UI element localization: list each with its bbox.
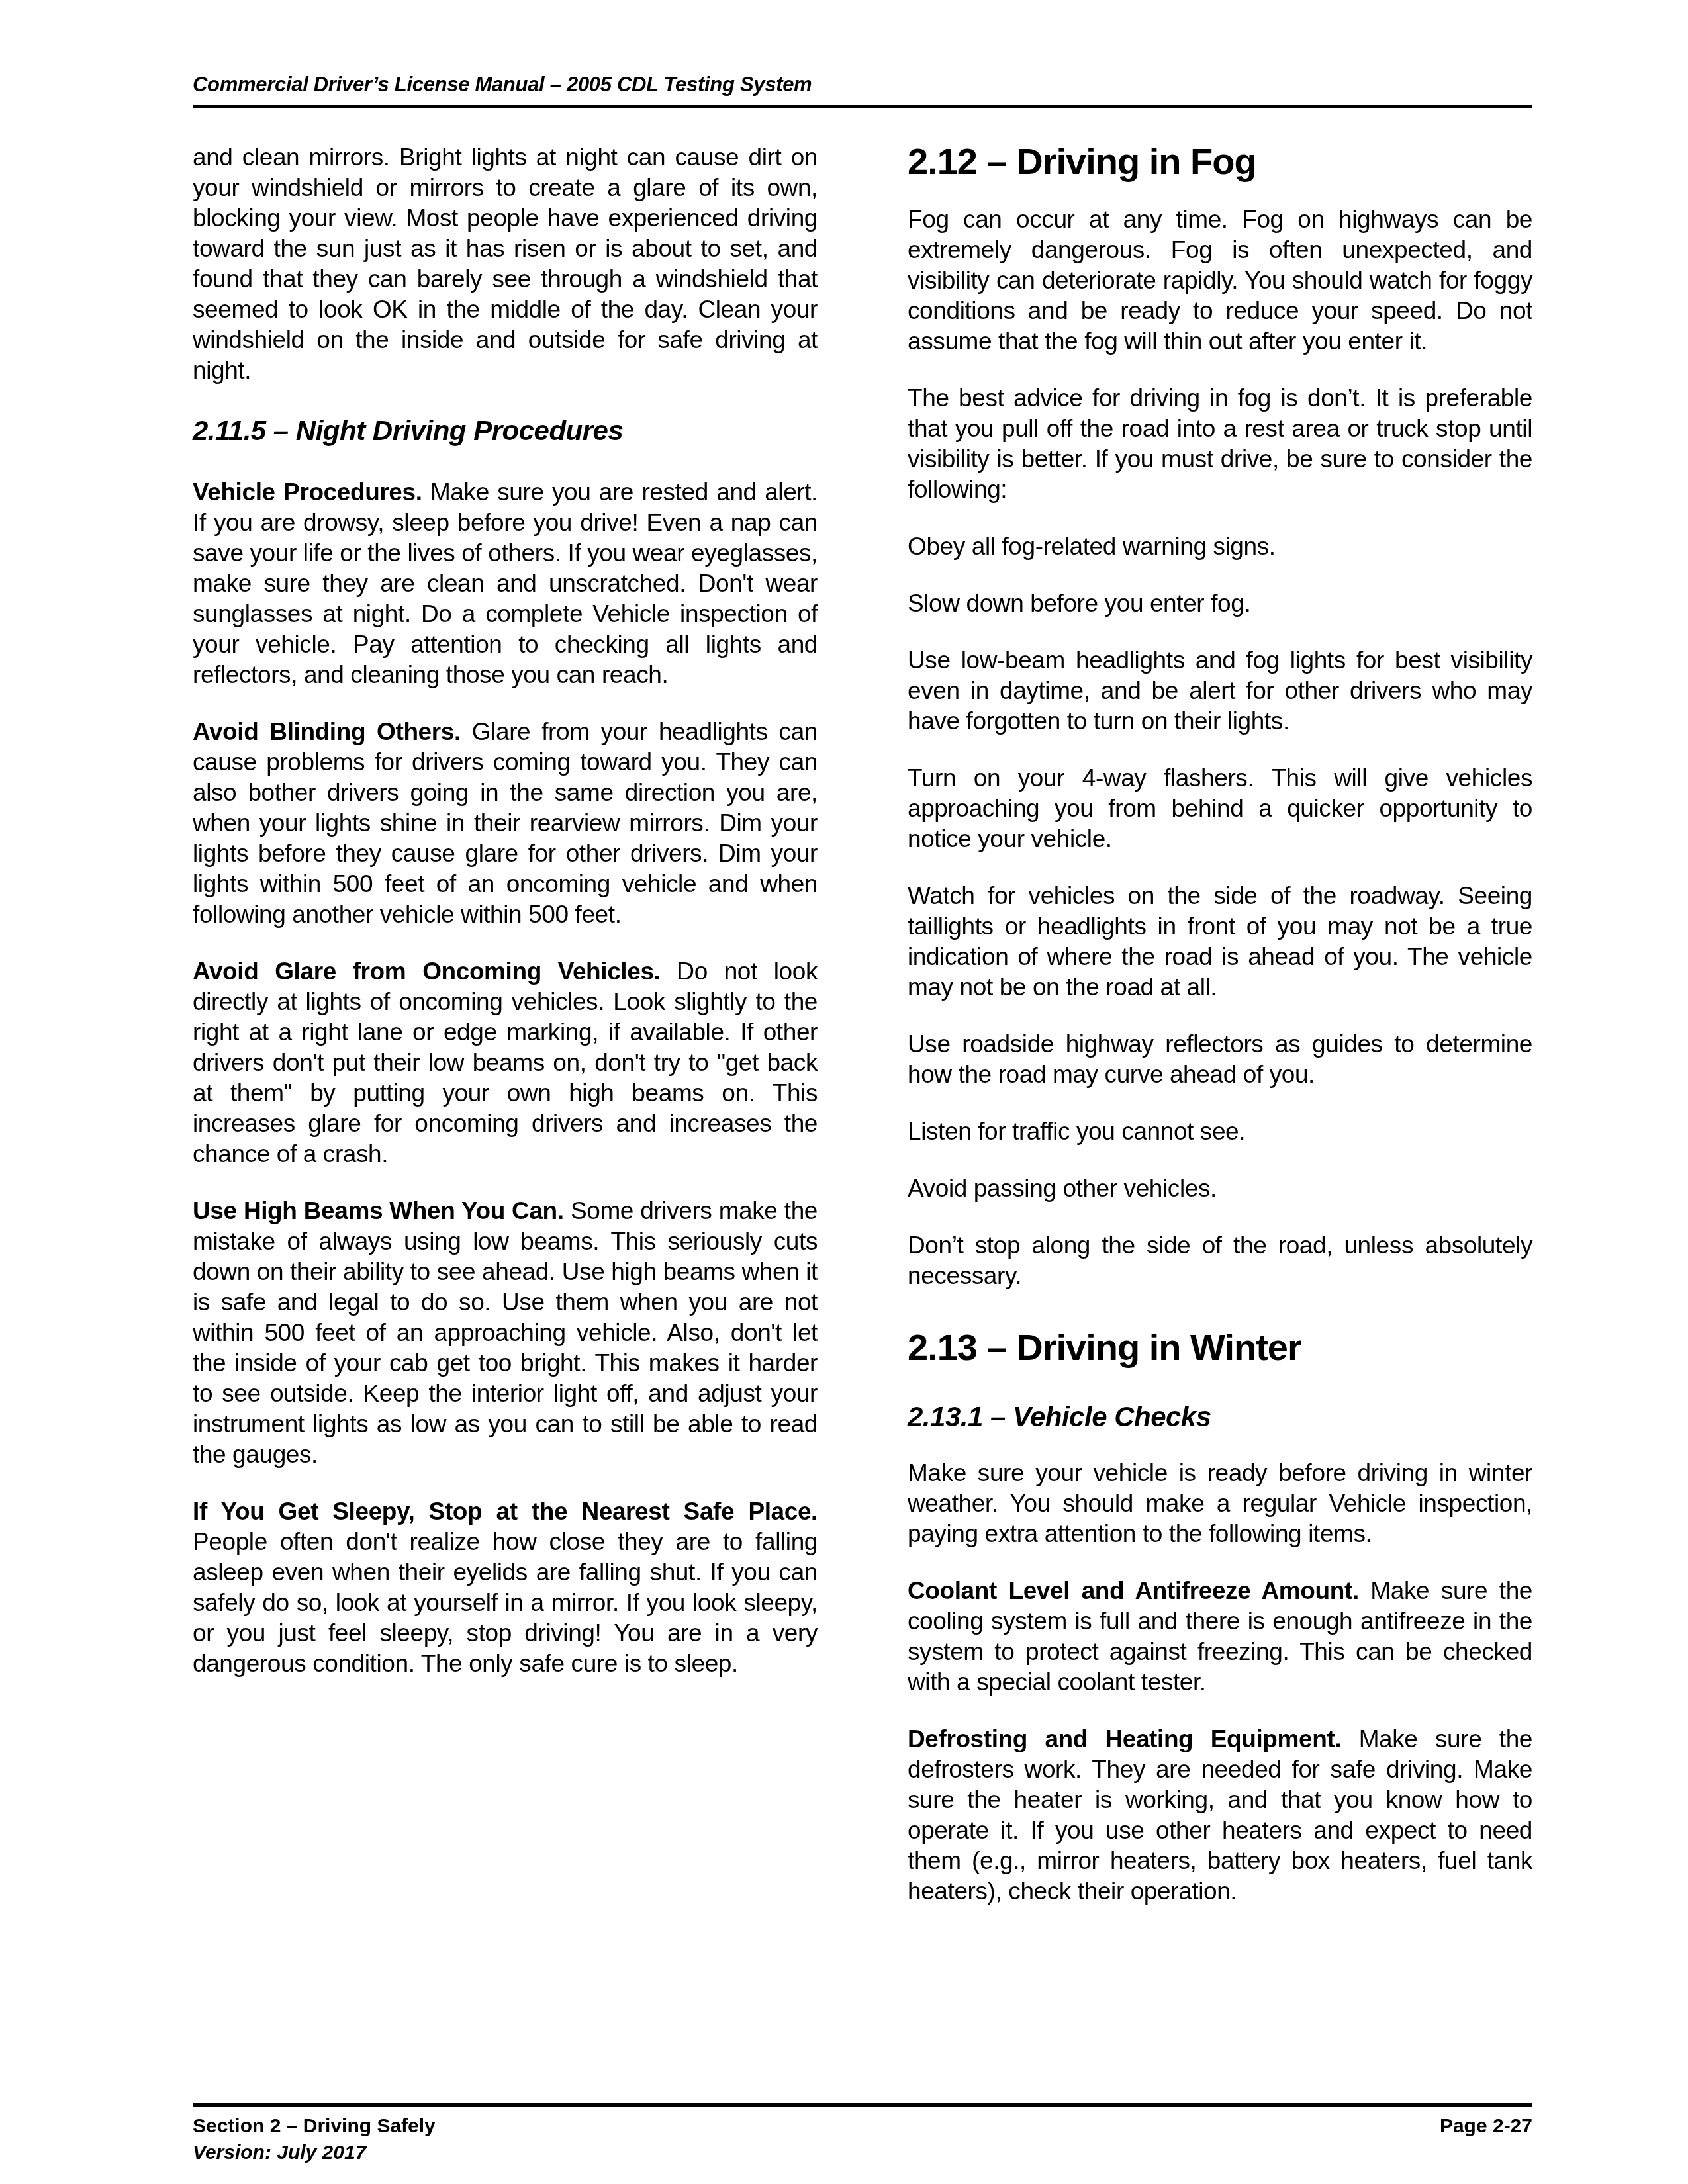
paragraph-avoid-glare-oncoming: Avoid Glare from Oncoming Vehicles. Do n… bbox=[193, 956, 818, 1169]
fog-tip: Turn on your 4-way flashers. This will g… bbox=[908, 763, 1532, 854]
fog-tip: Use low-beam headlights and fog lights f… bbox=[908, 645, 1532, 737]
paragraph-text: Some drivers make the mistake of always … bbox=[193, 1197, 818, 1468]
section-heading-vehicle-checks: 2.13.1 – Vehicle Checks bbox=[908, 1401, 1532, 1433]
paragraph-vehicle-procedures: Vehicle Procedures. Make sure you are re… bbox=[193, 477, 818, 690]
section-heading-driving-in-fog: 2.12 – Driving in Fog bbox=[908, 142, 1532, 181]
paragraph-vehicle-checks-intro: Make sure your vehicle is ready before d… bbox=[908, 1458, 1532, 1549]
continued-paragraph: and clean mirrors. Bright lights at nigh… bbox=[193, 142, 818, 386]
paragraph-lead: Use High Beams When You Can. bbox=[193, 1197, 564, 1224]
fog-tip: Avoid passing other vehicles. bbox=[908, 1173, 1532, 1204]
fog-tip: Obey all fog-related warning signs. bbox=[908, 531, 1532, 562]
fog-tip: Use roadside highway reflectors as guide… bbox=[908, 1029, 1532, 1090]
document-page: Commercial Driver’s License Manual – 200… bbox=[0, 0, 1688, 2184]
fog-tip: Don’t stop along the side of the road, u… bbox=[908, 1230, 1532, 1291]
footer-divider bbox=[193, 2103, 1532, 2107]
page-header: Commercial Driver’s License Manual – 200… bbox=[193, 73, 1532, 108]
paragraph-text: Make sure you are rested and alert. If y… bbox=[193, 478, 818, 688]
fog-tip: Listen for traffic you cannot see. bbox=[908, 1116, 1532, 1147]
section-heading-driving-in-winter: 2.13 – Driving in Winter bbox=[908, 1328, 1532, 1367]
paragraph-lead: Avoid Blinding Others. bbox=[193, 718, 461, 745]
header-title: Commercial Driver’s License Manual – 200… bbox=[193, 73, 1532, 97]
paragraph-if-you-get-sleepy: If You Get Sleepy, Stop at the Nearest S… bbox=[193, 1496, 818, 1679]
paragraph-lead: Coolant Level and Antifreeze Amount. bbox=[908, 1577, 1359, 1604]
paragraph-defrosting-heating: Defrosting and Heating Equipment. Make s… bbox=[908, 1724, 1532, 1907]
footer-row: Section 2 – Driving Safely Page 2-27 bbox=[193, 2113, 1532, 2140]
paragraph-text: Glare from your headlights can cause pro… bbox=[193, 718, 818, 928]
paragraph-lead: Defrosting and Heating Equipment. bbox=[908, 1725, 1341, 1752]
paragraph-text: Do not look directly at lights of oncomi… bbox=[193, 958, 818, 1167]
paragraph-fog-advice: The best advice for driving in fog is do… bbox=[908, 383, 1532, 505]
paragraph-lead: Vehicle Procedures. bbox=[193, 478, 422, 506]
left-column: and clean mirrors. Bright lights at nigh… bbox=[193, 142, 818, 1933]
fog-tip: Watch for vehicles on the side of the ro… bbox=[908, 881, 1532, 1003]
right-column: 2.12 – Driving in Fog Fog can occur at a… bbox=[908, 142, 1532, 1933]
paragraph-text: People often don't realize how close the… bbox=[193, 1528, 818, 1677]
fog-tip: Slow down before you enter fog. bbox=[908, 588, 1532, 619]
header-divider bbox=[193, 105, 1532, 108]
paragraph-avoid-blinding-others: Avoid Blinding Others. Glare from your h… bbox=[193, 717, 818, 930]
page-footer: Section 2 – Driving Safely Page 2-27 Ver… bbox=[193, 2103, 1532, 2166]
two-column-body: and clean mirrors. Bright lights at nigh… bbox=[193, 142, 1532, 1933]
paragraph-fog-intro: Fog can occur at any time. Fog on highwa… bbox=[908, 205, 1532, 357]
paragraph-use-high-beams: Use High Beams When You Can. Some driver… bbox=[193, 1196, 818, 1470]
footer-section-label: Section 2 – Driving Safely bbox=[193, 2113, 436, 2140]
paragraph-lead: Avoid Glare from Oncoming Vehicles. bbox=[193, 958, 660, 985]
footer-page-number: Page 2-27 bbox=[1440, 2113, 1532, 2140]
paragraph-coolant-level: Coolant Level and Antifreeze Amount. Mak… bbox=[908, 1576, 1532, 1698]
footer-version-label: Version: July 2017 bbox=[193, 2140, 1532, 2166]
section-heading-night-driving-procedures: 2.11.5 – Night Driving Procedures bbox=[193, 415, 818, 447]
paragraph-lead: If You Get Sleepy, Stop at the Nearest S… bbox=[193, 1498, 818, 1525]
